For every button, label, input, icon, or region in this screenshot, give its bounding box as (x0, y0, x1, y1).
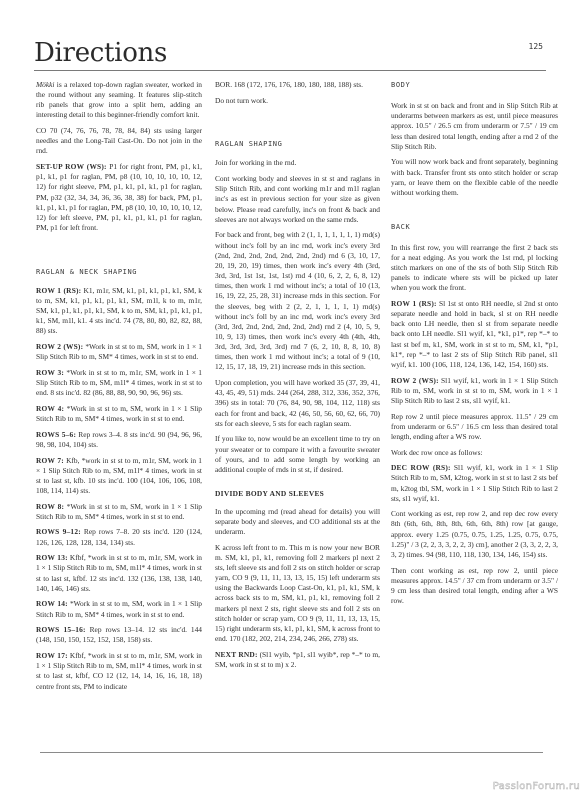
intro-paragraph: Mökki is a relaxed top-down raglan sweat… (36, 80, 202, 121)
page-number: 125 (529, 42, 543, 51)
body-paragraph-2: You will now work back and front separat… (391, 157, 558, 198)
then-cont-paragraph: Then cont working as est, rep row 2, unt… (391, 566, 558, 607)
back-row-2: ROW 2 (WS): Sl1 wyif, k1, work in 1 × 1 … (391, 376, 558, 406)
cont-dec-paragraph: Cont working as est, rep row 2, and rep … (391, 509, 558, 560)
row-instruction: ROW 3: *Work in st st to m, m1r, SM, wor… (36, 368, 202, 398)
page-title: Directions (34, 38, 167, 68)
row-instruction: ROW 13: Kfbf, *work in st st to m, m1r, … (36, 553, 202, 594)
row-instruction: ROWS 5–6: Rep rows 3–4. 8 sts inc'd. 90 … (36, 430, 202, 450)
try-on-paragraph: If you like to, now would be an excellen… (215, 434, 380, 475)
column-3: BODY Work in st st on back and front and… (391, 80, 558, 612)
section-heading-raglan-neck: RAGLAN & NECK SHAPING (36, 267, 202, 277)
dec-row: DEC ROW (RS): Sl1 wyif, k1, work in 1 × … (391, 463, 558, 504)
row-instruction: ROWS 15–16: Rep rows 13–14. 12 sts inc'd… (36, 625, 202, 645)
cast-on-paragraph: CO 70 (74, 76, 76, 78, 78, 84, 84) sts u… (36, 126, 202, 156)
setup-row-label: SET-UP ROW (WS): (36, 162, 107, 171)
do-not-turn: Do not turn work. (215, 96, 380, 106)
cont-paragraph: Cont working body and sleeves in st st a… (215, 174, 380, 225)
back-paragraph-1: In this first row, you will rearrange th… (391, 243, 558, 294)
row-instruction: ROW 7: Kfb, *work in st st to m, m1r, SM… (36, 456, 202, 497)
setup-row: SET-UP ROW (WS): P1 for right front, PM,… (36, 162, 202, 233)
column-1: Mökki is a relaxed top-down raglan sweat… (36, 80, 202, 697)
next-rnd-paragraph: NEXT RND: (Sl1 wyib, *p1, sl1 wyib*, rep… (215, 650, 380, 670)
row-instruction: ROW 4: *Work in st st to m, SM, work in … (36, 404, 202, 424)
bor-stitch-count: BOR. 168 (172, 176, 176, 180, 180, 188, … (215, 80, 380, 90)
row-instruction: ROW 14: *Work in st st to m, SM, work in… (36, 599, 202, 619)
completion-paragraph: Upon completion, you will have worked 35… (215, 378, 380, 429)
column-2: BOR. 168 (172, 176, 176, 180, 180, 188, … (215, 80, 380, 676)
row-instruction: ROW 8: *Work in st st to m, SM, work in … (36, 502, 202, 522)
pattern-name: Mökki (36, 80, 54, 89)
dec-once-paragraph: Work dec row once as follows: (391, 448, 558, 458)
back-row-1: ROW 1 (RS): Sl 1st st onto RH needle, sl… (391, 299, 558, 370)
body-paragraph-1: Work in st st on back and front and in S… (391, 101, 558, 152)
row-instruction: ROW 2 (WS): *Work in st st to m, SM, wor… (36, 342, 202, 362)
subheading-divide-body-sleeves: DIVIDE BODY AND SLEEVES (215, 489, 380, 499)
row-instruction: ROW 17: Kfbf, *work in st st to m, m1r, … (36, 651, 202, 692)
rep-row-2-paragraph: Rep row 2 until piece measures approx. 1… (391, 412, 558, 442)
section-heading-raglan-shaping: RAGLAN SHAPING (215, 139, 380, 149)
back-front-paragraph: For back and front, beg with 2 (1, 1, 1,… (215, 230, 380, 372)
watermark: PassionForum.ru (493, 781, 580, 792)
footer-divider (40, 752, 543, 753)
row-instruction: ROW 1 (RS): K1, m1r, SM, k1, p1, k1, p1,… (36, 286, 202, 337)
row-instruction: ROWS 9–12: Rep rows 7–8. 20 sts inc'd. 1… (36, 527, 202, 547)
section-heading-body: BODY (391, 80, 558, 90)
section-heading-back: BACK (391, 222, 558, 232)
divide-paragraph: K across left front to m. This m is now … (215, 543, 380, 645)
join-paragraph: Join for working in the rnd. (215, 158, 380, 168)
divide-intro-paragraph: In the upcoming rnd (read ahead for deta… (215, 507, 380, 537)
header-divider (34, 70, 546, 71)
